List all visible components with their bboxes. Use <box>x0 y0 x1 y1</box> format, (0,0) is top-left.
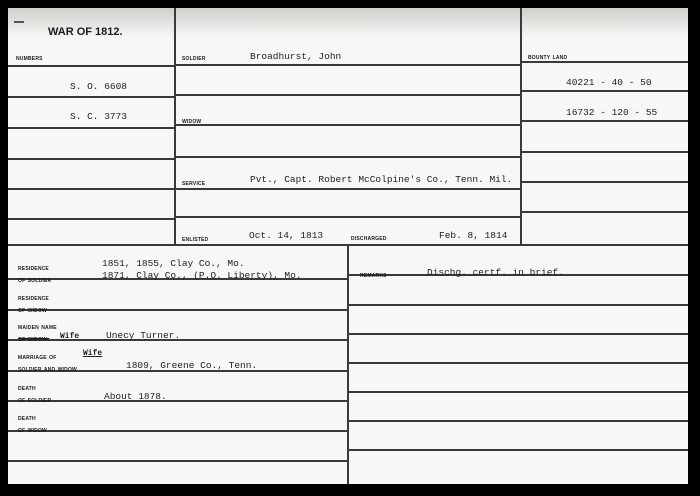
divider-numbers-soldier <box>174 8 176 244</box>
death-soldier-label-2: of Soldier <box>18 394 51 406</box>
form-number-mark <box>14 21 24 23</box>
marriage-label-2: Soldier and Widow <box>18 363 77 375</box>
row-line <box>8 158 174 160</box>
row-line <box>520 181 688 183</box>
row-line <box>8 96 174 98</box>
row-line <box>8 430 347 432</box>
row-line <box>8 400 347 402</box>
row-line <box>347 333 688 335</box>
row-line <box>174 124 520 126</box>
remarks-value: Dischg. certf. in brief. <box>427 267 564 279</box>
row-line <box>8 218 174 220</box>
row-line <box>520 90 688 92</box>
residence-soldier-label-2: of Soldier <box>18 274 51 286</box>
residence-soldier-1: 1851, 1855, Clay Co., Mo. <box>102 258 245 270</box>
row-line <box>347 449 688 451</box>
row-line <box>520 120 688 122</box>
row-line <box>347 304 688 306</box>
residence-widow-label-2: of Widow <box>18 304 47 316</box>
row-line <box>174 156 520 158</box>
service-value: Pvt., Capt. Robert McColpine's Co., Tenn… <box>250 174 512 186</box>
maiden-name-wife-annotation: Wife <box>60 331 79 343</box>
maiden-name-value: Unecy Turner. <box>106 330 180 342</box>
divider-left-remarks <box>347 244 349 484</box>
row-line <box>8 188 174 190</box>
marriage-value: 1809, Greene Co., Tenn. <box>126 360 257 372</box>
marriage-label-1: Marriage of <box>18 351 56 363</box>
soldier-name: Broadhurst, John <box>250 51 341 63</box>
row-line <box>8 309 347 311</box>
bounty-land-2: 16732 - 120 - 55 <box>566 107 657 119</box>
divider-soldier-bounty <box>520 8 522 244</box>
row-line <box>174 188 520 190</box>
remarks-label: Remarks <box>360 269 387 281</box>
death-widow-label-1: Death <box>18 412 36 424</box>
maiden-name-label-2: of Widow. <box>18 333 49 345</box>
death-soldier-value: About 1878. <box>104 391 167 403</box>
number-2: S. C. 3773 <box>70 111 127 123</box>
row-line <box>8 65 174 67</box>
bounty-land-label: Bounty Land <box>528 51 567 63</box>
row-line <box>347 391 688 393</box>
number-1: S. O. 6608 <box>70 81 127 93</box>
residence-soldier-label-1: Residence <box>18 262 49 274</box>
widow-label: Widow <box>182 115 201 127</box>
card-title: WAR OF 1812. <box>48 26 123 38</box>
marriage-wife-annotation: Wife <box>83 348 102 360</box>
death-soldier-label-1: Death <box>18 382 36 394</box>
row-line <box>8 127 174 129</box>
row-line <box>347 362 688 364</box>
row-line <box>174 64 520 66</box>
discharged-label: Discharged <box>351 232 387 244</box>
enlisted-value: Oct. 14, 1813 <box>249 230 323 242</box>
maiden-name-label-1: Maiden name <box>18 321 57 333</box>
bounty-land-1: 40221 - 40 - 50 <box>566 77 652 89</box>
residence-soldier-2: 1871, Clay Co., (P.O. Liberty), Mo. <box>102 270 302 282</box>
residence-widow-label-1: Residence <box>18 292 49 304</box>
row-line <box>347 420 688 422</box>
row-line <box>174 94 520 96</box>
row-line <box>174 216 520 218</box>
service-label: Service <box>182 177 205 189</box>
enlisted-label: Enlisted <box>182 233 208 245</box>
row-line <box>8 460 347 462</box>
discharged-value: Feb. 8, 1814 <box>439 230 507 242</box>
row-line <box>520 211 688 213</box>
numbers-label: Numbers <box>16 52 43 64</box>
pension-index-card: WAR OF 1812. Numbers Soldier Broadhurst,… <box>8 8 688 484</box>
row-line <box>520 151 688 153</box>
death-widow-label-2: of Widow <box>18 424 47 436</box>
soldier-label: Soldier <box>182 52 206 64</box>
